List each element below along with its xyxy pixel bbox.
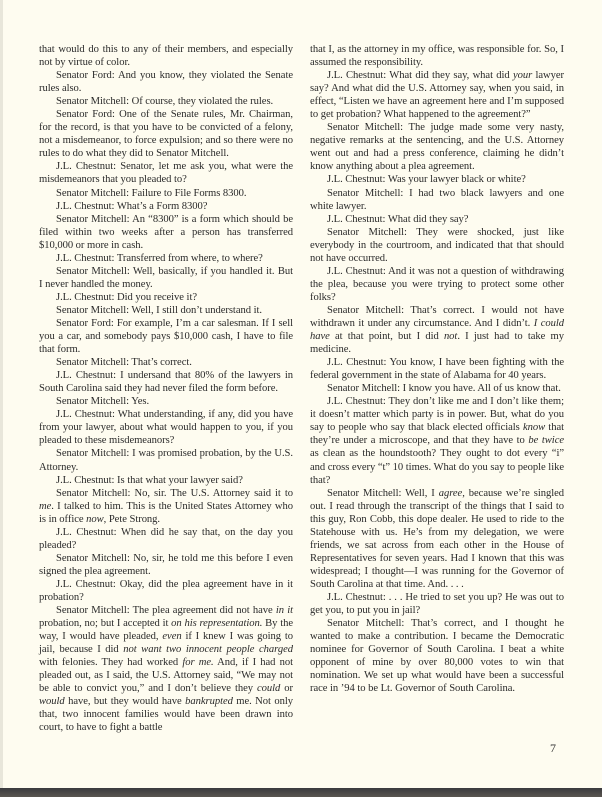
speaker-label: J.L. Chestnut: [56, 253, 114, 264]
speaker-label: Senator Mitchell: [56, 553, 130, 564]
transcript-paragraph: J.L. Chestnut: What did they say? [310, 213, 564, 226]
paragraph-text: with felonies. They had worked [39, 657, 182, 668]
transcript-paragraph: J.L. Chestnut: I undersand that 80% of t… [39, 369, 293, 395]
speaker-label: Senator Mitchell: [56, 488, 130, 499]
speaker-label: Senator Mitchell: [56, 605, 130, 616]
transcript-paragraph: Senator Mitchell: Failure to File Forms … [39, 187, 293, 200]
transcript-paragraph: Senator Mitchell: Well, I still don’t un… [39, 304, 293, 317]
speaker-label: Senator Mitchell: [56, 214, 130, 225]
paragraph-text: as clean as the houndstooth? They ought … [310, 448, 564, 485]
right-column: that I, as the attorney in my office, wa… [310, 43, 564, 695]
paragraph-text: . I talked to him. This is the United St… [39, 501, 293, 525]
paragraph-text: Yes. [129, 396, 149, 407]
speaker-label: Senator Mitchell: [327, 227, 407, 238]
speaker-label: Senator Mitchell: [327, 618, 404, 629]
transcript-paragraph: Senator Ford: One of the Senate rules, M… [39, 108, 293, 160]
speaker-label: Senator Ford: [56, 318, 114, 329]
speaker-label: Senator Mitchell: [56, 357, 129, 368]
transcript-paragraph: J.L. Chestnut: Is that what your lawyer … [39, 474, 293, 487]
transcript-paragraph: Senator Mitchell: They were shocked, jus… [310, 226, 564, 265]
paragraph-text: Well, I [401, 488, 438, 499]
speaker-label: Senator Mitchell: [327, 122, 403, 133]
speaker-label: Senator Mitchell: [56, 96, 129, 107]
speaker-label: Senator Mitchell: [56, 396, 129, 407]
transcript-paragraph: Senator Mitchell: I was promised probati… [39, 447, 293, 473]
left-column: that would do this to any of their membe… [39, 43, 293, 734]
transcript-paragraph: J.L. Chestnut: When did he say that, on … [39, 526, 293, 552]
paragraph-text: Was your lawyer black or white? [385, 174, 525, 185]
paragraph-text: that I, as the attorney in my office, wa… [310, 44, 564, 68]
speaker-label: J.L. Chestnut: [56, 579, 116, 590]
paragraph-text: Transferred from where, to where? [114, 253, 262, 264]
transcript-paragraph: J.L. Chestnut: What did they say, what d… [310, 69, 564, 121]
speaker-label: Senator Mitchell: [56, 266, 130, 277]
speaker-label: J.L. Chestnut: [327, 214, 385, 225]
transcript-paragraph: that I, as the attorney in my office, wa… [310, 43, 564, 69]
emphasized-text: not want two innocent people charged [123, 644, 293, 655]
speaker-label: J.L. Chestnut: [327, 174, 385, 185]
emphasized-text: even [162, 631, 181, 642]
transcript-paragraph: Senator Mitchell: Well, basically, if yo… [39, 265, 293, 291]
speaker-label: Senator Mitchell: [56, 188, 129, 199]
transcript-paragraph: J.L. Chestnut: What’s a Form 8300? [39, 200, 293, 213]
speaker-label: Senator Mitchell: [327, 305, 404, 316]
transcript-paragraph: Senator Mitchell: The plea agreement did… [39, 604, 293, 734]
emphasized-text: know [523, 422, 545, 433]
speaker-label: J.L. Chestnut: [56, 201, 114, 212]
transcript-paragraph: Senator Mitchell: That’s correct, and I … [310, 617, 564, 695]
transcript-paragraph: J.L. Chestnut: . . . He tried to set you… [310, 591, 564, 617]
speaker-label: J.L. Chestnut: [327, 70, 386, 81]
paragraph-text: That’s correct, and I thought he wanted … [310, 618, 564, 694]
emphasized-text: your [513, 70, 532, 81]
paragraph-text: , because we’re singled out. I read thro… [310, 488, 564, 590]
transcript-paragraph: J.L. Chestnut: Transferred from where, t… [39, 252, 293, 265]
paragraph-text: Of course, they violated the rules. [129, 96, 273, 107]
transcript-paragraph: Senator Mitchell: An “8300” is a form wh… [39, 213, 293, 252]
paragraph-text: Is that what your lawyer said? [114, 475, 242, 486]
emphasized-text: would [39, 696, 65, 707]
transcript-paragraph: J.L. Chestnut: They don’t like me and I … [310, 395, 564, 486]
speaker-label: J.L. Chestnut: [56, 292, 114, 303]
transcript-paragraph: Senator Mitchell: Yes. [39, 395, 293, 408]
speaker-label: J.L. Chestnut: [327, 592, 386, 603]
paragraph-text: What did they say, what did [386, 70, 513, 81]
speaker-label: J.L. Chestnut: [56, 370, 116, 381]
transcript-paragraph: Senator Mitchell: The judge made some ve… [310, 121, 564, 173]
paragraph-text: Well, I still don’t understand it. [129, 305, 262, 316]
speaker-label: Senator Ford: [56, 70, 115, 81]
transcript-paragraph: Senator Mitchell: No, sir, he told me th… [39, 552, 293, 578]
speaker-label: Senator Mitchell: [327, 188, 403, 199]
emphasized-text: for me. [182, 657, 213, 668]
transcript-paragraph: Senator Mitchell: I know you have. All o… [310, 382, 564, 395]
emphasized-text: not [444, 331, 457, 342]
emphasized-text: on his representation. [171, 618, 262, 629]
emphasized-text: could [257, 683, 280, 694]
transcript-paragraph: J.L. Chestnut: Was your lawyer black or … [310, 173, 564, 186]
paragraph-text: , Pete Strong. [104, 514, 160, 525]
paragraph-text: No, sir. The U.S. Attorney said it to [130, 488, 293, 499]
transcript-paragraph: J.L. Chestnut: Did you receive it? [39, 291, 293, 304]
emphasized-text: bankrupted [185, 696, 233, 707]
speaker-label: J.L. Chestnut: [327, 357, 386, 368]
paragraph-text: probation, no; but I accepted it [39, 618, 171, 629]
speaker-label: Senator Mitchell: [56, 448, 129, 459]
paragraph-text: Failure to File Forms 8300. [129, 188, 247, 199]
emphasized-text: me [39, 501, 51, 512]
emphasized-text: be twice [528, 435, 564, 446]
speaker-label: J.L. Chestnut: [327, 266, 386, 277]
paragraph-text: That’s correct. [129, 357, 192, 368]
speaker-label: J.L. Chestnut: [327, 396, 386, 407]
document-page: that would do this to any of their membe… [0, 0, 602, 788]
emphasized-text: now [86, 514, 104, 525]
speaker-label: J.L. Chestnut: [56, 409, 115, 420]
transcript-paragraph: Senator Mitchell: That’s correct. [39, 356, 293, 369]
transcript-paragraph: Senator Ford: And you know, they violate… [39, 69, 293, 95]
emphasized-text: agree [439, 488, 462, 499]
transcript-paragraph: J.L. Chestnut: You know, I have been fig… [310, 356, 564, 382]
paragraph-text: What did they say? [385, 214, 468, 225]
transcript-paragraph: Senator Ford: For example, I’m a car sal… [39, 317, 293, 356]
transcript-paragraph: J.L. Chestnut: What understanding, if an… [39, 408, 293, 447]
transcript-paragraph: Senator Mitchell: That’s correct. I woul… [310, 304, 564, 356]
transcript-paragraph: J.L. Chestnut: And it was not a question… [310, 265, 564, 304]
transcript-paragraph: Senator Mitchell: No, sir. The U.S. Atto… [39, 487, 293, 526]
paragraph-text: I know you have. All of us know that. [400, 383, 561, 394]
paragraph-text: have, but they would have [65, 696, 185, 707]
paragraph-text: Did you receive it? [114, 292, 197, 303]
transcript-paragraph: Senator Mitchell: Of course, they violat… [39, 95, 293, 108]
speaker-label: Senator Ford: [56, 109, 115, 120]
speaker-label: Senator Mitchell: [327, 488, 401, 499]
speaker-label: Senator Mitchell: [56, 305, 129, 316]
paragraph-text: What’s a Form 8300? [114, 201, 207, 212]
transcript-paragraph: that would do this to any of their membe… [39, 43, 293, 69]
speaker-label: J.L. Chestnut: [56, 161, 116, 172]
transcript-paragraph: Senator Mitchell: I had two black lawyer… [310, 187, 564, 213]
paragraph-text: or [280, 683, 293, 694]
transcript-paragraph: J.L. Chestnut: Okay, did the plea agreem… [39, 578, 293, 604]
scan-bottom-edge [0, 788, 602, 797]
speaker-label: J.L. Chestnut: [56, 527, 117, 538]
emphasized-text: in it [276, 605, 293, 616]
transcript-paragraph: Senator Mitchell: Well, I agree, because… [310, 487, 564, 591]
paragraph-text: The plea agreement did not have [130, 605, 276, 616]
speaker-label: Senator Mitchell: [327, 383, 400, 394]
speaker-label: J.L. Chestnut: [56, 475, 114, 486]
paragraph-text: at that point, but I did [330, 331, 444, 342]
transcript-paragraph: J.L. Chestnut: Senator, let me ask you, … [39, 160, 293, 186]
paragraph-text: that would do this to any of their membe… [39, 44, 293, 68]
page-number: 7 [550, 741, 556, 756]
